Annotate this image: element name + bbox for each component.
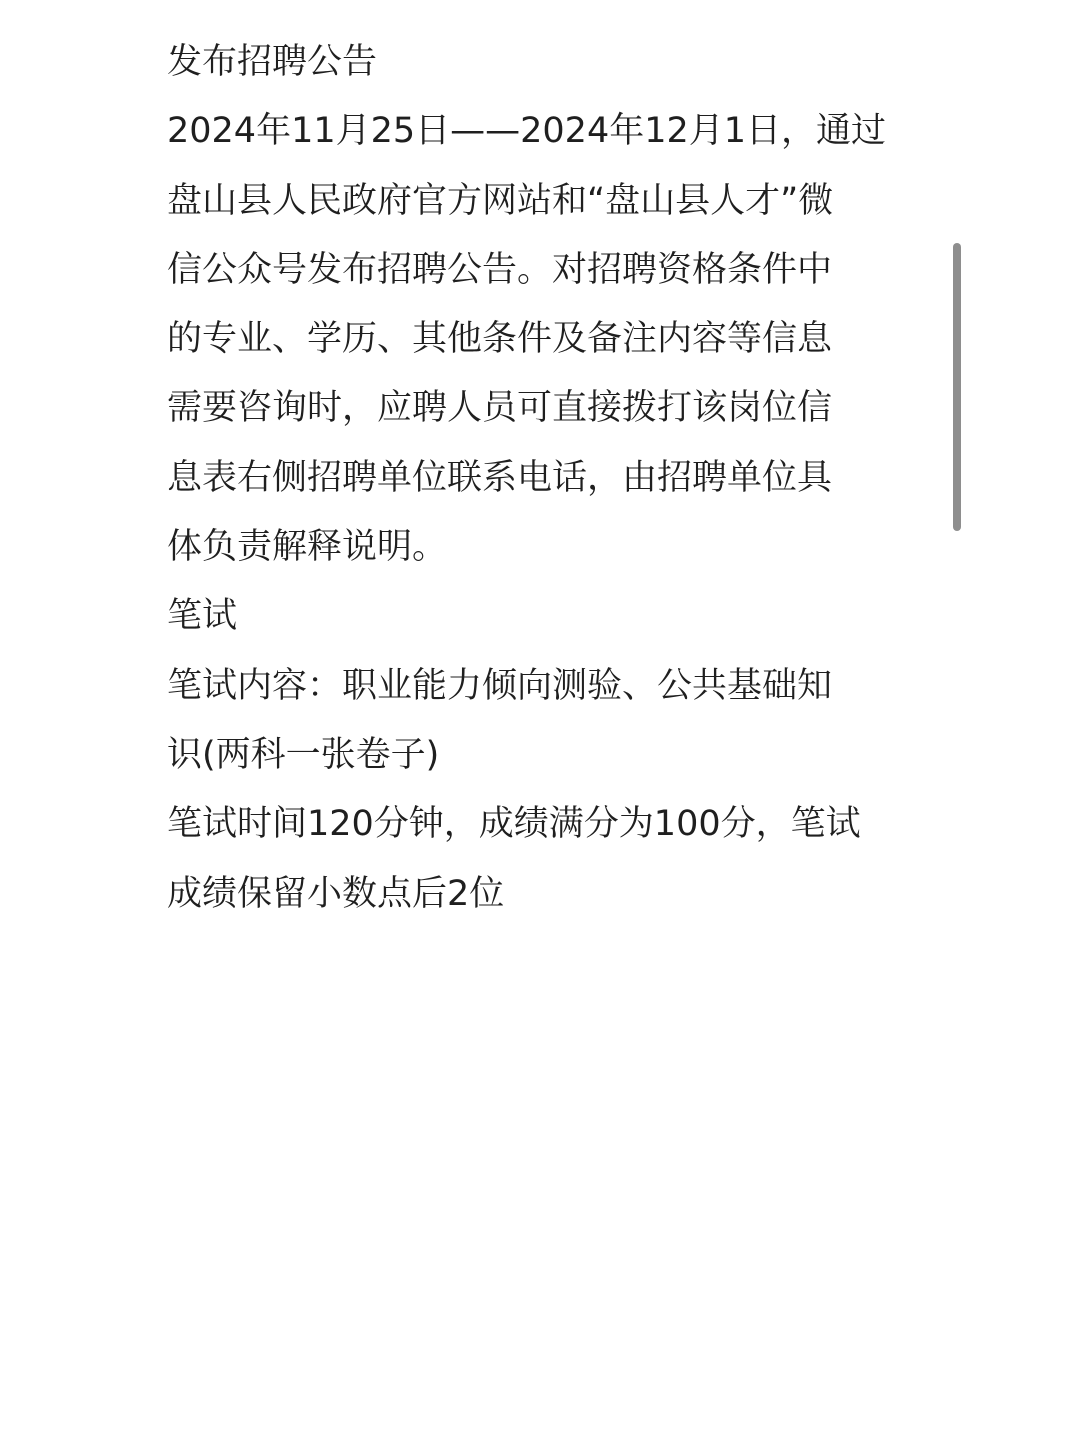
section-heading-written-exam: 笔试 xyxy=(167,582,917,651)
section-heading-announcement: 发布招聘公告 xyxy=(167,28,917,97)
paragraph-line: 笔试时间120分钟，成绩满分为100分，笔试 xyxy=(167,790,917,859)
paragraph-line: 需要咨询时，应聘人员可直接拨打该岗位信 xyxy=(167,374,917,443)
paragraph-line: 盘山县人民政府官方网站和“盘山县人才”微 xyxy=(167,167,917,236)
paragraph-line: 息表右侧招聘单位联系电话，由招聘单位具 xyxy=(167,444,917,513)
paragraph-line: 识(两科一张卷子) xyxy=(167,721,917,790)
paragraph-line: 成绩保留小数点后2位 xyxy=(167,860,917,929)
paragraph-line: 体负责解释说明。 xyxy=(167,513,917,582)
vertical-scrollbar[interactable] xyxy=(953,243,961,531)
paragraph-line: 笔试内容：职业能力倾向测验、公共基础知 xyxy=(167,652,917,721)
paragraph-line: 2024年11月25日——2024年12月1日，通过 xyxy=(167,97,917,166)
paragraph-line: 的专业、学历、其他条件及备注内容等信息 xyxy=(167,305,917,374)
document-body: 发布招聘公告 2024年11月25日——2024年12月1日，通过 盘山县人民政… xyxy=(167,28,917,929)
paragraph-line: 信公众号发布招聘公告。对招聘资格条件中 xyxy=(167,236,917,305)
